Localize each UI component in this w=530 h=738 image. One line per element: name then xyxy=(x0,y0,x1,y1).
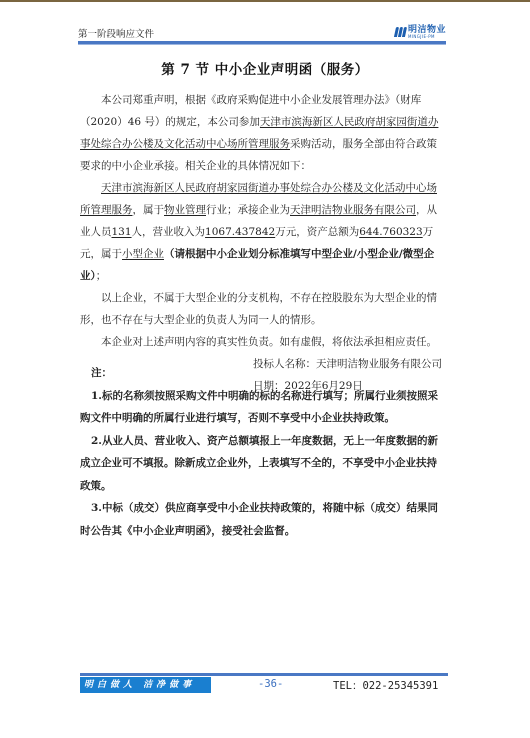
company-name: 天津明洁物业服务有限公司 xyxy=(290,204,416,216)
revenue: 1067.437842 xyxy=(205,226,275,238)
page-number: -36- xyxy=(258,678,283,690)
notes-section: 注： 1.标的名称须按照采购文件中明确的标的名称进行填写；所属行业须按照采购文件… xyxy=(80,362,444,542)
section-title: 第 7 节 中小企业声明函（服务） xyxy=(0,58,530,78)
total-assets: 644.760323 xyxy=(359,226,422,238)
header-rule-thin xyxy=(78,44,446,45)
industry: 物业管理 xyxy=(164,204,206,216)
page-header: 第一阶段响应文件 明洁物业 MINGJIE-PM xyxy=(78,22,446,44)
footer-telephone: TEL：022-25345391 xyxy=(333,678,438,693)
declaration-paragraph-3: 以上企业，不属于大型企业的分支机构，不存在控股股东为大型企业的情形，也不存在与大… xyxy=(80,287,444,331)
declaration-paragraph-2: 天津市滨海新区人民政府胡家园街道办事处综合办公楼及文化活动中心场所管理服务，属于… xyxy=(80,177,444,287)
company-logo-icon xyxy=(395,27,406,37)
footer-slogan: 明白做人 洁净做事 xyxy=(80,677,211,693)
notes-heading: 注： xyxy=(80,362,444,385)
header-title: 第一阶段响应文件 xyxy=(78,26,154,40)
declaration-body: 本公司郑重声明，根据《政府采购促进中小企业发展管理办法》（财库（2020）46 … xyxy=(80,89,444,397)
note-item: 2.从业人员、营业收入、资产总额填报上一年度数据，无上一年度数据的新成立企业可不… xyxy=(80,430,444,498)
logo-name-en: MINGJIE-PM xyxy=(408,35,446,39)
page-top-border xyxy=(0,0,530,2)
note-item: 3.中标（成交）供应商享受中小企业扶持政策的，将随中标（成交）结果同时公告其《中… xyxy=(80,497,444,542)
staff-count: 131 xyxy=(112,226,132,238)
declaration-paragraph-1: 本公司郑重声明，根据《政府采购促进中小企业发展管理办法》（财库（2020）46 … xyxy=(80,89,444,177)
company-logo: 明洁物业 MINGJIE-PM xyxy=(395,23,446,41)
enterprise-size: 小型企业 xyxy=(122,248,164,260)
declaration-paragraph-4: 本企业对上述声明内容的真实性负责。如有虚假，将依法承担相应责任。 xyxy=(80,331,444,353)
footer-rule xyxy=(80,673,448,676)
note-item: 1.标的名称须按照采购文件中明确的标的名称进行填写；所属行业须按照采购文件中明确… xyxy=(80,385,444,430)
